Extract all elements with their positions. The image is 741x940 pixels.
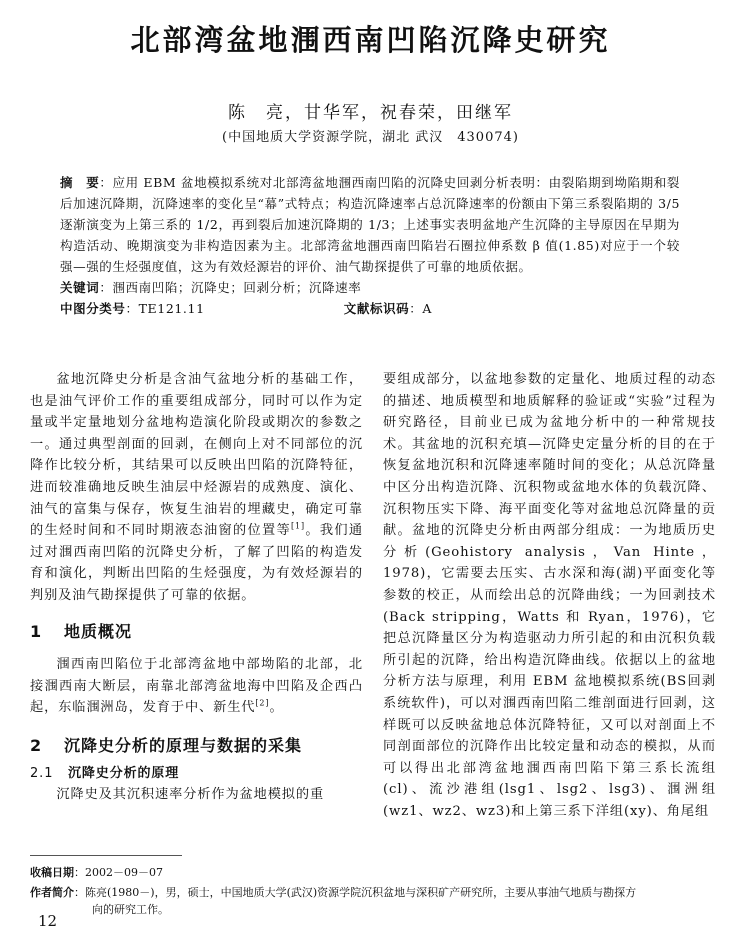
footnote-separator	[30, 855, 182, 856]
bio-text: ：陈亮(1980－)，男，硕士，中国地质大学(武汉)资源学院沉积盆地与深积矿产研…	[74, 886, 636, 899]
citation-ref: [1]	[291, 522, 305, 531]
bio-label: 作者简介	[30, 886, 74, 899]
paper-title: 北部湾盆地涠西南凹陷沉降史研究	[0, 18, 741, 59]
subsection-heading-2-1: 2.1沉降史分析的原理	[30, 763, 363, 785]
section-number: 1	[30, 621, 64, 643]
abstract-block: 摘 要：应用 EBM 盆地模拟系统对北部湾盆地涠西南凹陷的沉降史回剥分析表明：由…	[60, 172, 680, 319]
received-date-line: 收稿日期：2002－09－07	[30, 864, 720, 881]
keywords-label: 关键词	[60, 280, 99, 295]
page-number: 12	[38, 912, 57, 930]
section-heading-1: 1地质概况	[30, 621, 363, 643]
affiliation: (中国地质大学资源学院，湖北 武汉 430074)	[0, 126, 741, 145]
section1-paragraph: 涠西南凹陷位于北部湾盆地中部坳陷的北部，北接涠西南大断层，南靠北部湾盆地海中凹陷…	[30, 654, 363, 719]
left-column: 盆地沉降史分析是含油气盆地分析的基础工作，也是油气评价工作的重要组成部分，同时可…	[30, 369, 363, 806]
received-label: 收稿日期	[30, 866, 74, 879]
section1-tail: 。	[269, 700, 283, 715]
classification-line: 中图分类号：TE121.11 文献标识码：A	[60, 298, 680, 319]
doc-code-value: ：A	[409, 301, 432, 316]
abstract-paragraph: 摘 要：应用 EBM 盆地模拟系统对北部湾盆地涠西南凹陷的沉降史回剥分析表明：由…	[60, 172, 680, 277]
keywords-line: 关键词：涠西南凹陷；沉降史；回剥分析；沉降速率	[60, 277, 680, 298]
subsection-title: 沉降史分析的原理	[68, 766, 179, 781]
author-bio: 作者简介：陈亮(1980－)，男，硕士，中国地质大学(武汉)资源学院沉积盆地与深…	[30, 884, 720, 918]
author-list: 陈 亮，甘华军，祝春荣，田继军	[0, 98, 741, 123]
received-date: ：2002－09－07	[74, 866, 163, 879]
subsection-number: 2.1	[30, 763, 68, 785]
right-column: 要组成部分，以盆地参数的定量化、地质过程的动态的描述、地质模型和地质解释的验证或…	[383, 369, 716, 822]
doc-code-label: 文献标识码	[344, 301, 410, 316]
keywords-text: ：涠西南凹陷；沉降史；回剥分析；沉降速率	[99, 280, 361, 295]
citation-ref: [2]	[255, 699, 269, 708]
section-title: 地质概况	[64, 622, 132, 641]
bio-text-continued: 向的研究工作。	[30, 901, 720, 918]
subsection-paragraph-start: 沉降史及其沉积速率分析作为盆地模拟的重	[30, 784, 363, 806]
section-heading-2: 2沉降史分析的原理与数据的采集	[30, 735, 363, 757]
clc-label: 中图分类号	[60, 301, 126, 316]
section1-text: 涠西南凹陷位于北部湾盆地中部坳陷的北部，北接涠西南大断层，南靠北部湾盆地海中凹陷…	[30, 657, 363, 715]
section-number: 2	[30, 735, 64, 757]
abstract-label: 摘 要	[60, 175, 99, 190]
clc-value: ：TE121.11	[126, 301, 205, 316]
section-title: 沉降史分析的原理与数据的采集	[64, 736, 302, 755]
intro-paragraph: 盆地沉降史分析是含油气盆地分析的基础工作，也是油气评价工作的重要组成部分，同时可…	[30, 369, 363, 607]
subsection-paragraph-continued: 要组成部分，以盆地参数的定量化、地质过程的动态的描述、地质模型和地质解释的验证或…	[383, 369, 716, 822]
abstract-text: ：应用 EBM 盆地模拟系统对北部湾盆地涠西南凹陷的沉降史回剥分析表明：由裂陷期…	[60, 175, 680, 274]
intro-text: 盆地沉降史分析是含油气盆地分析的基础工作，也是油气评价工作的重要组成部分，同时可…	[30, 372, 363, 538]
